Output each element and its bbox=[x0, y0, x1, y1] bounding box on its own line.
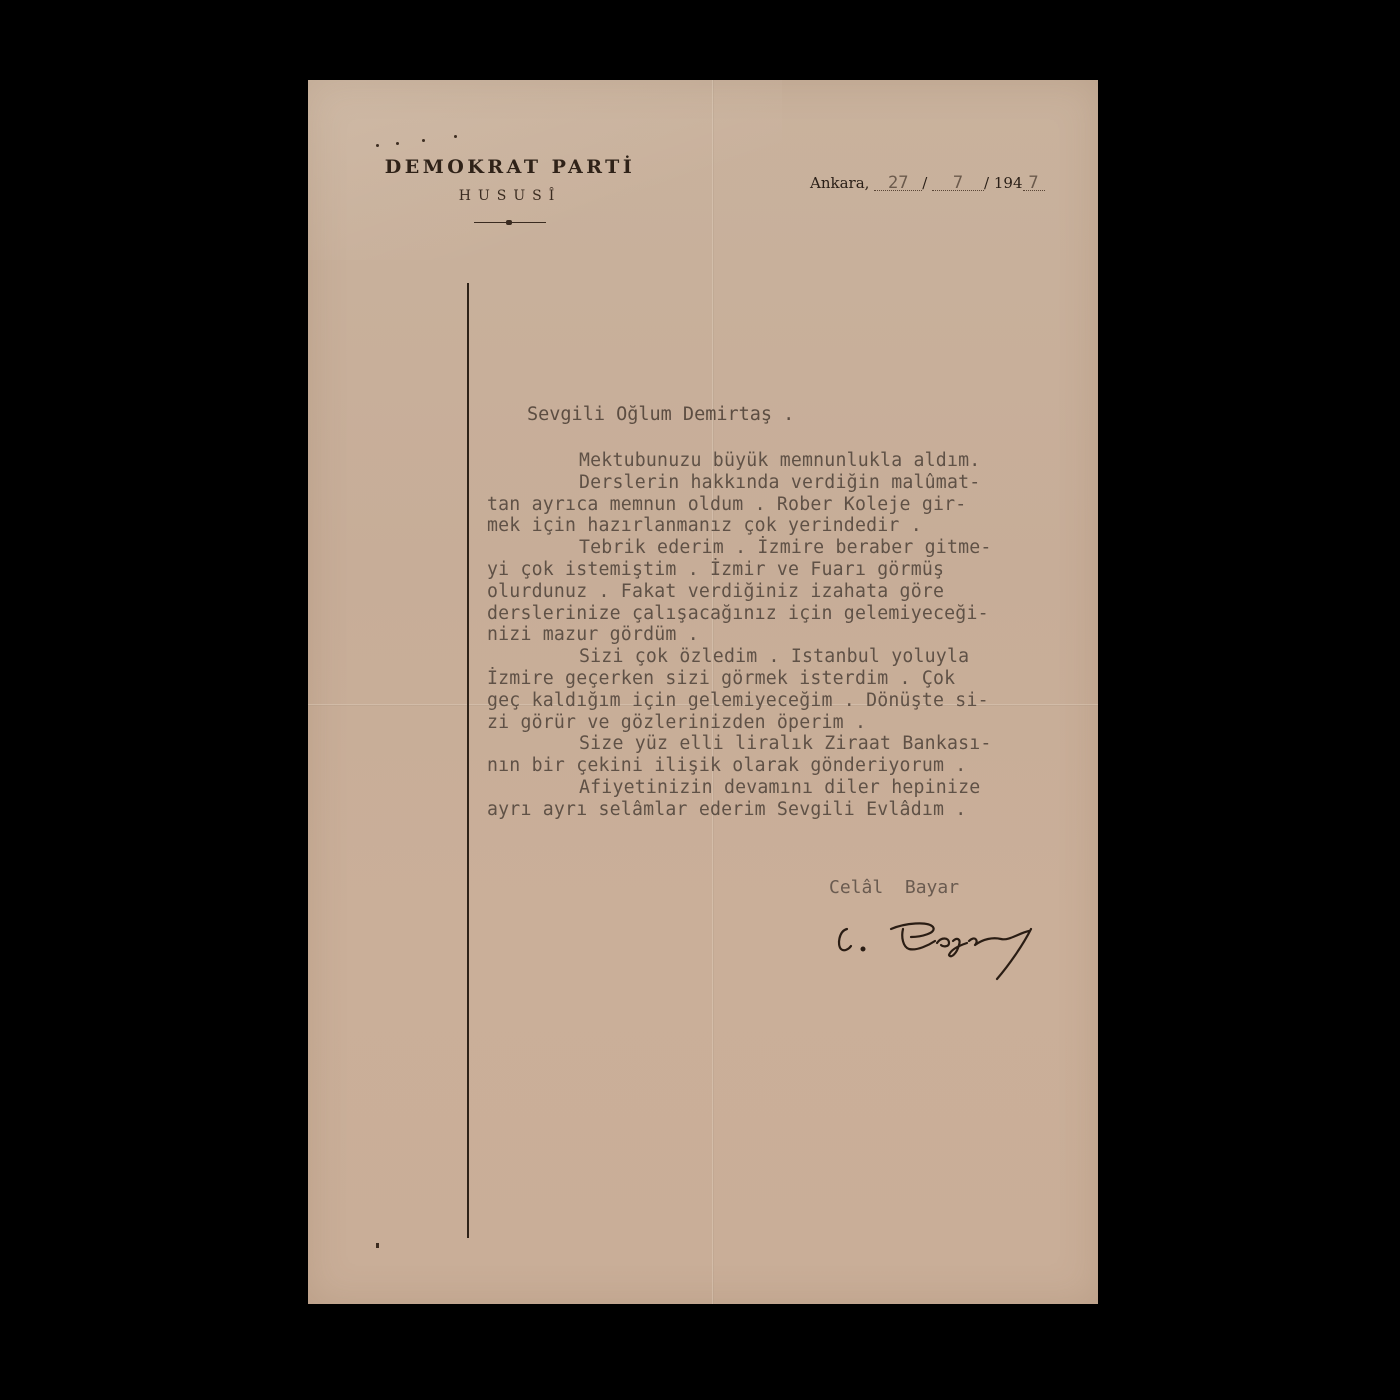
date-separator: / bbox=[984, 174, 989, 192]
letterhead-organization: DEMOKRAT PARTİ bbox=[370, 156, 650, 178]
salutation: Sevgili Oğlum Demirtaş . bbox=[527, 404, 794, 425]
letter-line: ayrı ayrı selâmlar ederim Sevgili Evlâdı… bbox=[487, 799, 992, 821]
dateline: Ankara, 27/ 7/ 1947 bbox=[810, 174, 1045, 192]
date-year-suffix: 7 bbox=[1023, 176, 1045, 191]
letter-line: Sizi çok özledim . Istanbul yoluyla bbox=[487, 646, 992, 668]
letter-line: Derslerin hakkında verdiğin malûmat- bbox=[487, 472, 992, 494]
paper-speck bbox=[376, 1243, 379, 1248]
typed-signatory-name: Celâl Bayar bbox=[829, 877, 959, 898]
date-day: 27 bbox=[874, 176, 922, 191]
letter-line: yi çok istemiştim . İzmir ve Fuarı görmü… bbox=[487, 559, 992, 581]
letter-line: Tebrik ederim . İzmire beraber gitme- bbox=[487, 537, 992, 559]
letter-line: Size yüz elli liralık Ziraat Bankası- bbox=[487, 733, 992, 755]
date-year-prefix: 194 bbox=[994, 174, 1023, 192]
letter-line: Afiyetinizin devamını diler hepinize bbox=[487, 777, 992, 799]
letter-line: olurdunuz . Fakat verdiğiniz izahata gör… bbox=[487, 581, 992, 603]
letter-line: tan ayrıca memnun oldum . Rober Koleje g… bbox=[487, 494, 992, 516]
letter-line: nın bir çekini ilişik olarak gönderiyoru… bbox=[487, 755, 992, 777]
letter-paper: DEMOKRAT PARTİ HUSUSÎ Ankara, 27/ 7/ 194… bbox=[308, 80, 1098, 1304]
letterhead-ornament-rule bbox=[474, 222, 546, 223]
letter-line: geç kaldığım için gelemiyeceğim . Dönüşt… bbox=[487, 690, 992, 712]
letter-body: Mektubunuzu büyük memnunlukla aldım.Ders… bbox=[487, 450, 992, 821]
letter-line: İzmire geçerken sizi görmek isterdim . Ç… bbox=[487, 668, 992, 690]
letter-line: Mektubunuzu büyük memnunlukla aldım. bbox=[487, 450, 992, 472]
date-separator: / bbox=[922, 174, 927, 192]
dateline-place: Ankara, bbox=[810, 174, 869, 192]
letter-line: zi görür ve gözlerinizden öperim . bbox=[487, 712, 992, 734]
punch-marks bbox=[372, 132, 462, 152]
letter-line: mek için hazırlanmanız çok yerindedir . bbox=[487, 515, 992, 537]
letterhead: DEMOKRAT PARTİ HUSUSÎ bbox=[370, 156, 650, 223]
margin-rule bbox=[467, 283, 469, 1238]
letter-line: nizi mazur gördüm . bbox=[487, 624, 992, 646]
date-month: 7 bbox=[932, 176, 984, 191]
handwritten-signature bbox=[833, 915, 1063, 995]
letterhead-subtitle: HUSUSÎ bbox=[370, 188, 650, 204]
letter-line: derslerinize çalışacağınız için gelemiye… bbox=[487, 603, 992, 625]
